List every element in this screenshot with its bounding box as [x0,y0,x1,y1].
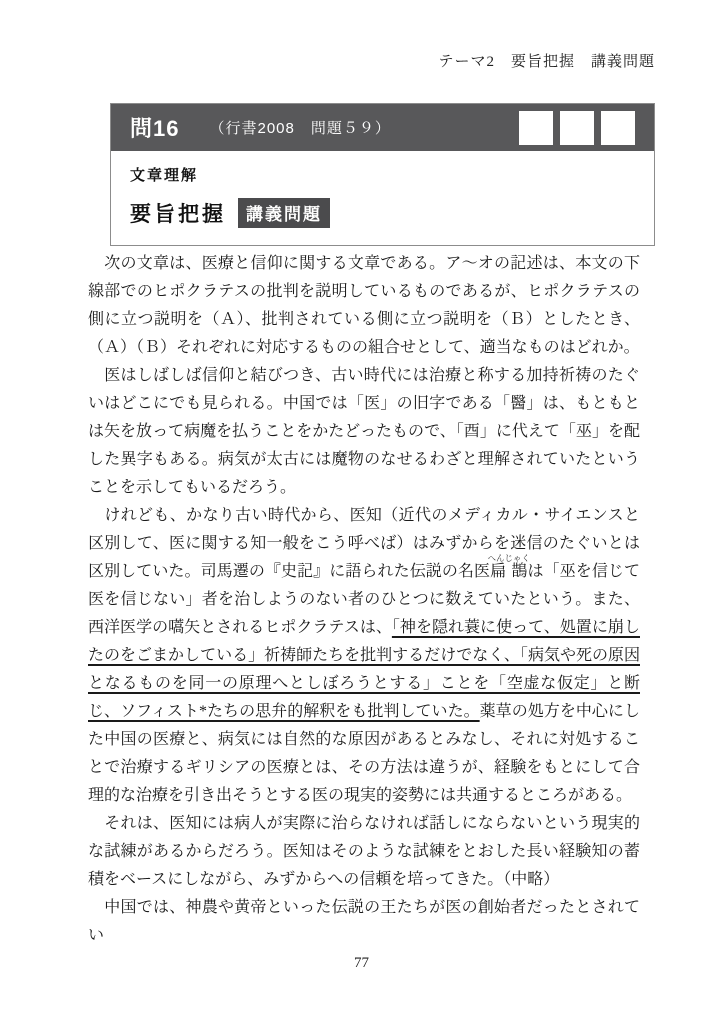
passage-paragraph: 中国では、神農や黄帝といった伝説の王たちが医の創始者だったとされてい [88,894,640,950]
lecture-problem-badge: 講義問題 [238,198,330,228]
answer-checkboxes [519,111,635,145]
category-label: 要旨把握 [130,198,226,228]
body-text: 次の文章は、医療と信仰に関する文章である。ア～オの記述は、本文の下線部でのヒポク… [88,250,640,950]
question-subheader: 文章理解 要旨把握 講義問題 [111,151,654,245]
passage-text: 中国では、神農や黄帝といった伝説の王たちが医の創始者だったとされてい [88,899,640,944]
question-source: （行書2008 問題５９） [209,117,390,138]
passage-text: 医はしばしば信仰と結びつき、古い時代には治療と称する加持祈祷のたぐいはどこにでも… [88,367,640,496]
question-intro-paragraph: 次の文章は、医療と信仰に関する文章である。ア～オの記述は、本文の下線部でのヒポク… [88,250,640,362]
question-header-box: 問16 （行書2008 問題５９） 文章理解 要旨把握 講義問題 [110,103,655,246]
passage-paragraph: それは、医知には病人が実際に治らなければ話しにならないという現実的な試練があるか… [88,810,640,894]
category-row: 要旨把握 講義問題 [130,198,635,228]
question-number: 問16 [130,112,179,143]
subject-label: 文章理解 [130,164,635,185]
question-title-bar: 問16 （行書2008 問題５９） [111,104,654,151]
ruby-annotated-text: 扁鵲へんじゃく [490,563,527,580]
answer-checkbox [560,111,594,145]
answer-checkbox [519,111,553,145]
passage-text: それは、医知には病人が実際に治らなければ話しにならないという現実的な試練があるか… [88,815,640,888]
passage-paragraph: 医はしばしば信仰と結びつき、古い時代には治療と称する加持祈祷のたぐいはどこにでも… [88,362,640,502]
passage: 医はしばしば信仰と結びつき、古い時代には治療と称する加持祈祷のたぐいはどこにでも… [88,362,640,950]
document-page: テーマ2 要旨把握 講義問題 問16 （行書2008 問題５９） 文章理解 要旨… [0,0,723,1024]
page-number: 77 [0,955,723,972]
running-header: テーマ2 要旨把握 講義問題 [438,50,655,71]
passage-paragraph: けれども、かなり古い時代から、医知（近代のメディカル・サイエンスと区別して、医に… [88,502,640,810]
answer-checkbox [601,111,635,145]
